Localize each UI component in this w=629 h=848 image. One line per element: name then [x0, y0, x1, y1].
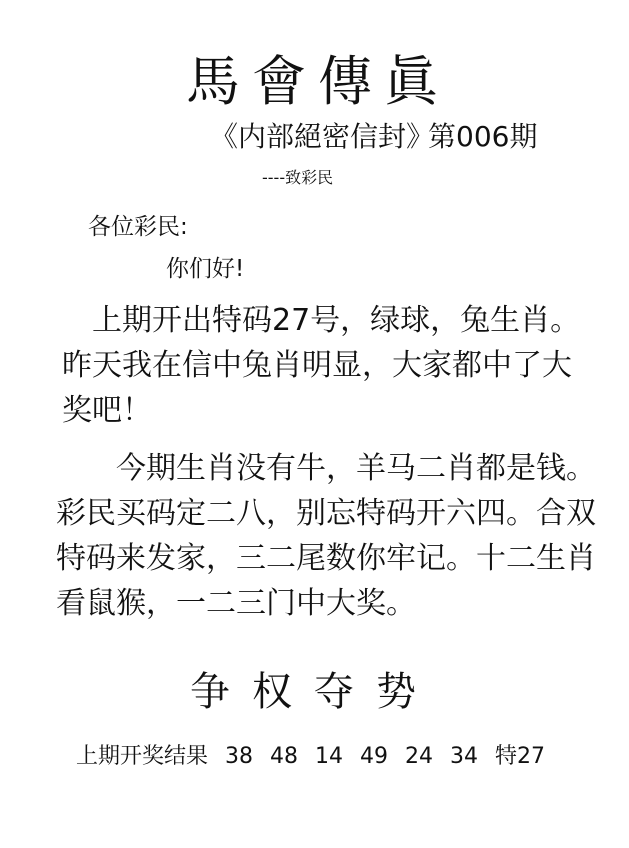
paragraph-2: 今期生肖没有牛，羊马二肖都是钱。彩民买码定二八，别忘特码开六四。合双特码来发家，… — [56, 446, 596, 626]
issue-number: 第006期 — [428, 120, 537, 154]
hello-line: 你们好! — [166, 254, 244, 284]
special-number: 特27 — [495, 744, 545, 769]
slogan: 争权夺势 — [190, 668, 438, 716]
document-title: 馬會傳眞 — [186, 52, 450, 112]
paragraph-1: 上期开出特码27号，绿球，兔生肖。昨天我在信中兔肖明显，大家都中了大奖吧！ — [62, 298, 582, 433]
result-number: 49 — [360, 744, 388, 769]
last-result-label: 上期开奖结果 — [76, 744, 208, 769]
result-number: 38 — [225, 744, 253, 769]
recipient-line: ----致彩民 — [262, 168, 333, 188]
result-number: 34 — [450, 744, 478, 769]
result-number: 48 — [270, 744, 298, 769]
result-number: 24 — [405, 744, 433, 769]
subtitle: 《内部絕密信封》 — [210, 120, 434, 154]
greeting: 各位彩民: — [88, 212, 188, 242]
last-result: 上期开奖结果 38 48 14 49 24 34 特27 — [76, 742, 555, 772]
result-number: 14 — [315, 744, 343, 769]
